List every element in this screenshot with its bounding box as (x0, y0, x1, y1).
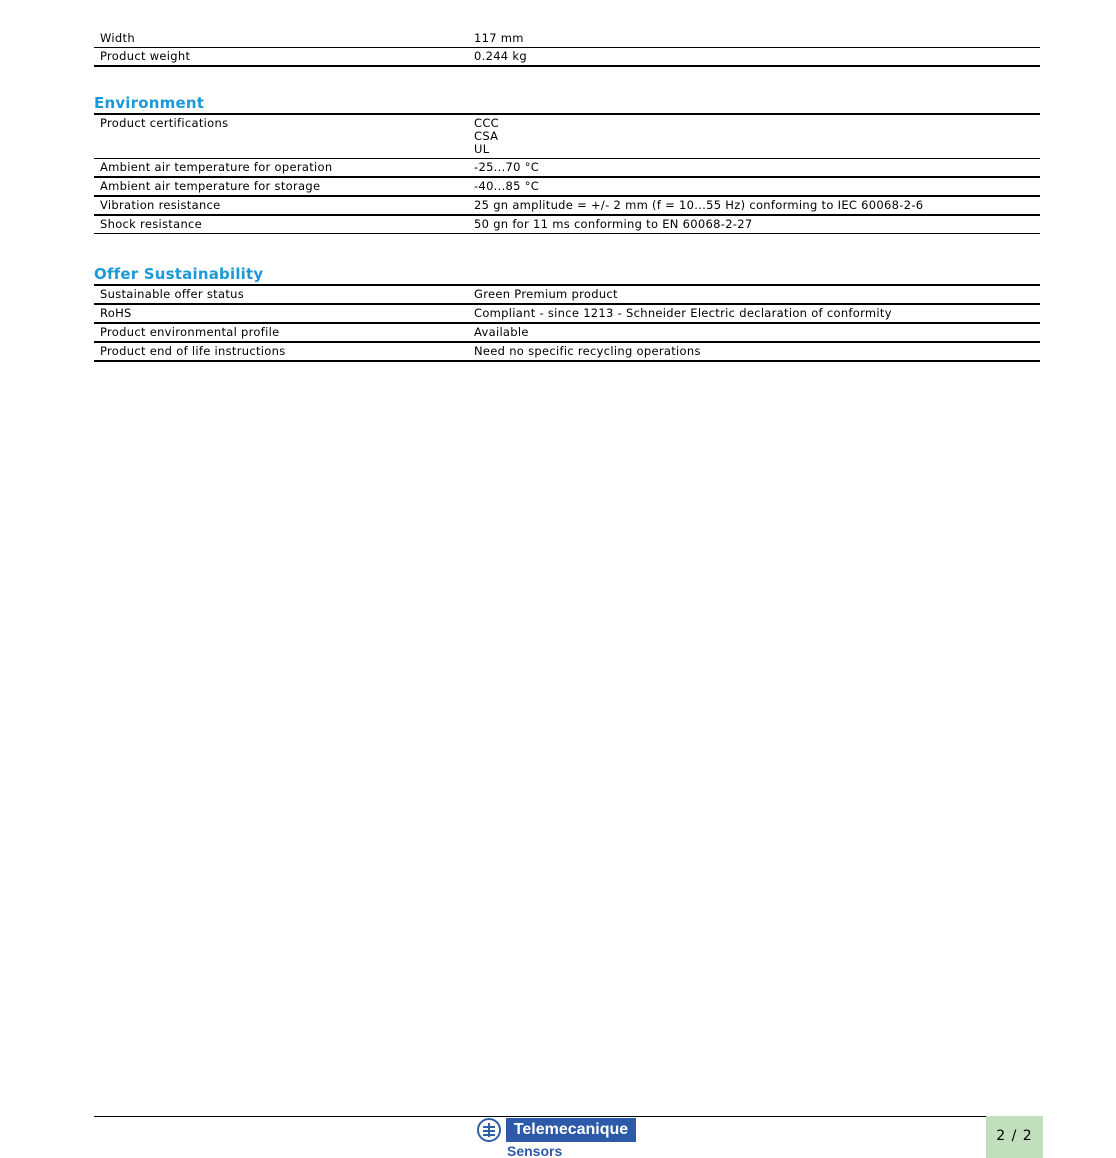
spec-value: -40...85 °C (468, 177, 1040, 196)
telemecanique-emblem-icon (477, 1118, 501, 1142)
spec-label: Shock resistance (94, 215, 468, 234)
spec-value: Available (468, 323, 1040, 342)
spec-value: 0.244 kg (468, 48, 1040, 67)
spec-value: -25...70 °C (468, 159, 1040, 178)
spec-label: Product weight (94, 48, 468, 67)
table-row: Ambient air temperature for storage -40.… (94, 177, 1040, 196)
footer-divider (94, 1116, 986, 1117)
spec-label: Ambient air temperature for operation (94, 159, 468, 178)
certification-item: UL (474, 143, 1034, 156)
spec-label: Vibration resistance (94, 196, 468, 215)
section-title-offer-sustainability: Offer Sustainability (94, 265, 1040, 283)
section-title-environment: Environment (94, 94, 1040, 112)
spec-value: Need no specific recycling operations (468, 342, 1040, 361)
table-row: Sustainable offer status Green Premium p… (94, 285, 1040, 304)
table-row: Shock resistance 50 gn for 11 ms conform… (94, 215, 1040, 234)
page-number: 2 / 2 (986, 1116, 1043, 1158)
table-row: Product end of life instructions Need no… (94, 342, 1040, 361)
spec-label: Product end of life instructions (94, 342, 468, 361)
spec-value: Compliant - since 1213 - Schneider Elect… (468, 304, 1040, 323)
table-row: Product weight 0.244 kg (94, 48, 1040, 67)
table-row: Product environmental profile Available (94, 323, 1040, 342)
environment-table: Product certifications CCC CSA UL Ambien… (94, 113, 1040, 234)
spec-label: Product environmental profile (94, 323, 468, 342)
table-row: RoHS Compliant - since 1213 - Schneider … (94, 304, 1040, 323)
table-row: Vibration resistance 25 gn amplitude = +… (94, 196, 1040, 215)
spec-label: Width (94, 30, 468, 48)
spec-value: Green Premium product (468, 285, 1040, 304)
spec-value: 25 gn amplitude = +/- 2 mm (f = 10...55 … (468, 196, 1040, 215)
logo-sub-text: Sensors (507, 1144, 562, 1158)
spec-label: Product certifications (94, 114, 468, 159)
offer-sustainability-section: Offer Sustainability Sustainable offer s… (94, 265, 1040, 362)
table-row: Ambient air temperature for operation -2… (94, 159, 1040, 178)
table-row: Product certifications CCC CSA UL (94, 114, 1040, 159)
logo-brand-text: Telemecanique (506, 1118, 636, 1142)
spec-label: Ambient air temperature for storage (94, 177, 468, 196)
spec-value: 117 mm (468, 30, 1040, 48)
spec-value-list: CCC CSA UL (468, 114, 1040, 159)
spec-label: Sustainable offer status (94, 285, 468, 304)
offer-sustainability-table: Sustainable offer status Green Premium p… (94, 284, 1040, 362)
table-row: Width 117 mm (94, 30, 1040, 48)
environment-section: Environment Product certifications CCC C… (94, 94, 1040, 234)
certification-item: CSA (474, 130, 1034, 143)
spec-label: RoHS (94, 304, 468, 323)
spec-value: 50 gn for 11 ms conforming to EN 60068-2… (468, 215, 1040, 234)
telemecanique-logo: Telemecanique Sensors (477, 1118, 637, 1158)
dimensions-table: Width 117 mm Product weight 0.244 kg (94, 30, 1040, 67)
certification-item: CCC (474, 117, 1034, 130)
